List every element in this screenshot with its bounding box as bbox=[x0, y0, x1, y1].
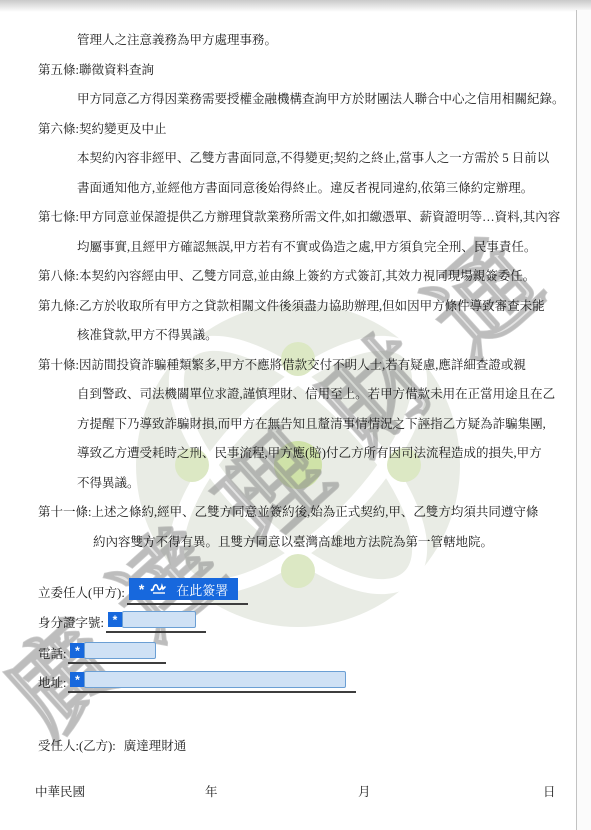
phone-row: 電話: * bbox=[38, 642, 166, 664]
doc-line: 書面通知他方,並經他方書面同意後始得終止。違反者視同違約,依第三條約定辦理。 bbox=[77, 174, 580, 204]
signature-pen-icon bbox=[150, 581, 170, 598]
required-asterisk: * bbox=[108, 612, 122, 627]
id-number-row: 身分證字號: * bbox=[38, 611, 206, 633]
doc-line: 不得異議。 bbox=[77, 469, 580, 499]
address-label: 地址: bbox=[38, 673, 66, 691]
phone-label: 電話: bbox=[38, 644, 66, 662]
date-day-label: 日 bbox=[543, 782, 556, 800]
page-top-edge bbox=[0, 0, 591, 12]
contract-body: 管理人之注意義務為甲方處理事務。 第五條:聯徵資料查詢 甲方同意乙方得因業務需要… bbox=[0, 26, 580, 557]
doc-line: 本契約內容非經甲、乙雙方書面同意,不得變更;契約之終止,當事人之一方需於 5 日… bbox=[77, 144, 580, 174]
date-era-label: 中華民國 bbox=[35, 782, 85, 800]
required-asterisk: * bbox=[139, 581, 144, 597]
id-underline-cell: * bbox=[106, 611, 206, 633]
doc-line: 第五條:聯徵資料查詢 bbox=[38, 56, 580, 86]
date-month-label: 月 bbox=[358, 782, 371, 800]
signer-label: 立委任人(甲方): bbox=[38, 583, 125, 601]
doc-line: 第六條:契約變更及中止 bbox=[38, 115, 580, 145]
doc-line: 均屬事實,且經甲方確認無誤,甲方若有不實或偽造之處,甲方須負完全刑、民事責任。 bbox=[77, 233, 580, 263]
doc-line: 方提醒下乃導致詐騙財損,而甲方在無告知且釐清事情情況之下誣指乙方疑為詐騙集團, bbox=[77, 410, 580, 440]
required-asterisk: * bbox=[70, 672, 84, 687]
required-asterisk: * bbox=[70, 643, 84, 658]
address-row: 地址: * bbox=[38, 671, 356, 693]
page-right-edge bbox=[576, 10, 591, 830]
doc-line: 約內容雙方不得有異。且雙方同意以臺灣高雄地方法院為第一管轄地院。 bbox=[93, 528, 580, 558]
phone-underline-cell: * bbox=[68, 642, 166, 664]
signer-row: 立委任人(甲方): * 在此簽署 bbox=[38, 578, 248, 605]
date-year-label: 年 bbox=[205, 782, 218, 800]
trustee-label: 受任人:(乙方): bbox=[38, 736, 116, 754]
doc-line: 第十條:因訪間投資詐騙種類繁多,甲方不應將借款交付不明人士,若有疑慮,應詳細查證… bbox=[38, 351, 580, 381]
phone-input[interactable] bbox=[84, 642, 156, 659]
doc-line: 第九條:乙方於收取所有甲方之貸款相關文件後須盡力協助辦理,但如因甲方條件導致審查… bbox=[38, 292, 580, 322]
doc-line: 導致乙方遭受耗時之刑、民事流程,甲方應(賠)付乙方所有因司法流程造成的損失,甲方 bbox=[77, 439, 580, 469]
id-number-input[interactable] bbox=[122, 611, 196, 628]
doc-line: 第十一條:上述之條約,經甲、乙雙方同意並簽約後,始為正式契約,甲、乙雙方均須共同… bbox=[38, 498, 580, 528]
doc-line: 自到警政、司法機關單位求證,謹慎理財、信用至上。若甲方借款未用在正當用途且在乙 bbox=[77, 380, 580, 410]
trustee-row: 受任人:(乙方): 廣達理財通 bbox=[38, 736, 186, 754]
signature-underline-cell: * 在此簽署 bbox=[127, 578, 248, 605]
sign-here-label: 在此簽署 bbox=[176, 580, 228, 599]
doc-line: 第七條:甲方同意並保證提供乙方辦理貸款業務所需文件,如扣繳憑單、薪資證明等…資料… bbox=[38, 203, 580, 233]
address-underline-cell: * bbox=[68, 671, 356, 693]
trustee-company-name: 廣達理財通 bbox=[124, 736, 187, 754]
address-input[interactable] bbox=[84, 671, 346, 688]
sign-here-button[interactable]: * 在此簽署 bbox=[129, 578, 238, 600]
id-number-label: 身分證字號: bbox=[38, 613, 104, 631]
doc-line: 甲方同意乙方得因業務需要授權金融機構查詢甲方於財團法人聯合中心之信用相關紀錄。 bbox=[77, 85, 580, 115]
doc-line: 第八條:本契約內容經由甲、乙雙方同意,並由線上簽約方式簽訂,其效力視同現場親簽委… bbox=[38, 262, 580, 292]
doc-line: 管理人之注意義務為甲方處理事務。 bbox=[77, 26, 580, 56]
doc-line: 核准貸款,甲方不得異議。 bbox=[77, 321, 580, 351]
